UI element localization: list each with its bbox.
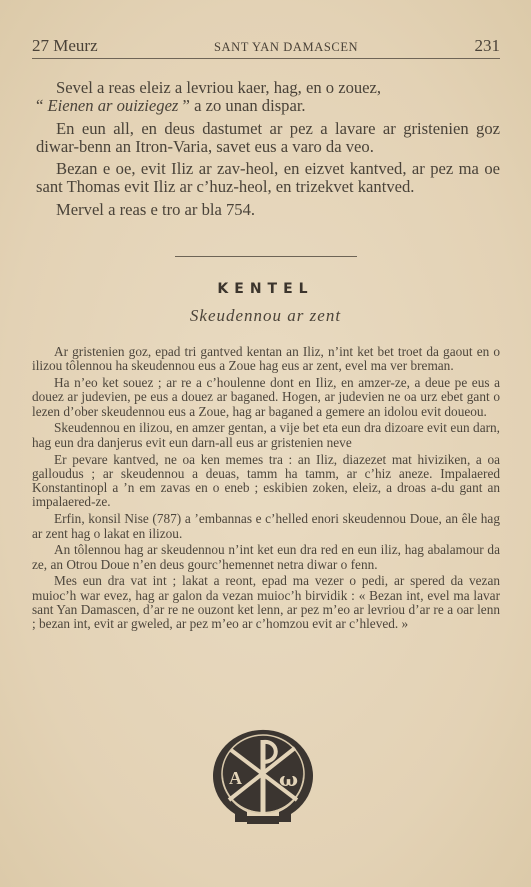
paragraph: Ar gristenien goz, epad tri gantved kent… xyxy=(32,345,500,374)
paragraph: Bezan e oe, evit Iliz ar zav-heol, en ei… xyxy=(36,160,500,197)
svg-text:ω: ω xyxy=(279,767,298,791)
paragraph: Er pevare kantved, ne oa ken memes tra :… xyxy=(32,453,500,510)
chi-rho-alpha-omega-icon: A ω xyxy=(205,722,321,834)
section-subtitle: Skeudennou ar zent xyxy=(0,306,531,326)
paragraph: An tôlennou hag ar skeudennou n’int ket … xyxy=(32,543,500,572)
paragraph: Sevel a reas eleiz a levriou kaer, hag, … xyxy=(36,79,500,116)
biography-text: Sevel a reas eleiz a levriou kaer, hag, … xyxy=(36,79,500,223)
page-number: 231 xyxy=(475,36,501,56)
lesson-text: Ar gristenien goz, epad tri gantved kent… xyxy=(32,345,500,634)
running-header: 27 Meurz SANT YAN DAMASCEN 231 xyxy=(32,36,500,58)
header-rule xyxy=(32,58,500,59)
svg-text:A: A xyxy=(229,768,242,788)
paragraph: Erfin, konsil Nise (787) a ’embannas e c… xyxy=(32,512,500,541)
header-date: 27 Meurz xyxy=(32,36,98,56)
section-separator xyxy=(175,256,357,257)
italic-book-title: Eienen ar ouiziegez xyxy=(48,96,179,115)
book-page: 27 Meurz SANT YAN DAMASCEN 231 Sevel a r… xyxy=(0,0,531,887)
paragraph: Mes eun dra vat int ; lakat a reont, epa… xyxy=(32,574,500,631)
section-title: KENTEL xyxy=(0,281,531,297)
paragraph: Mervel a reas e tro ar bla 754. xyxy=(36,201,500,219)
paragraph: Skeudennou en ilizou, en amzer gentan, a… xyxy=(32,421,500,450)
header-title: SANT YAN DAMASCEN xyxy=(214,40,358,55)
paragraph: En eun all, en deus dastumet ar pez a la… xyxy=(36,120,500,157)
paragraph: Ha n’eo ket souez ; ar re a c’houlenne d… xyxy=(32,376,500,419)
